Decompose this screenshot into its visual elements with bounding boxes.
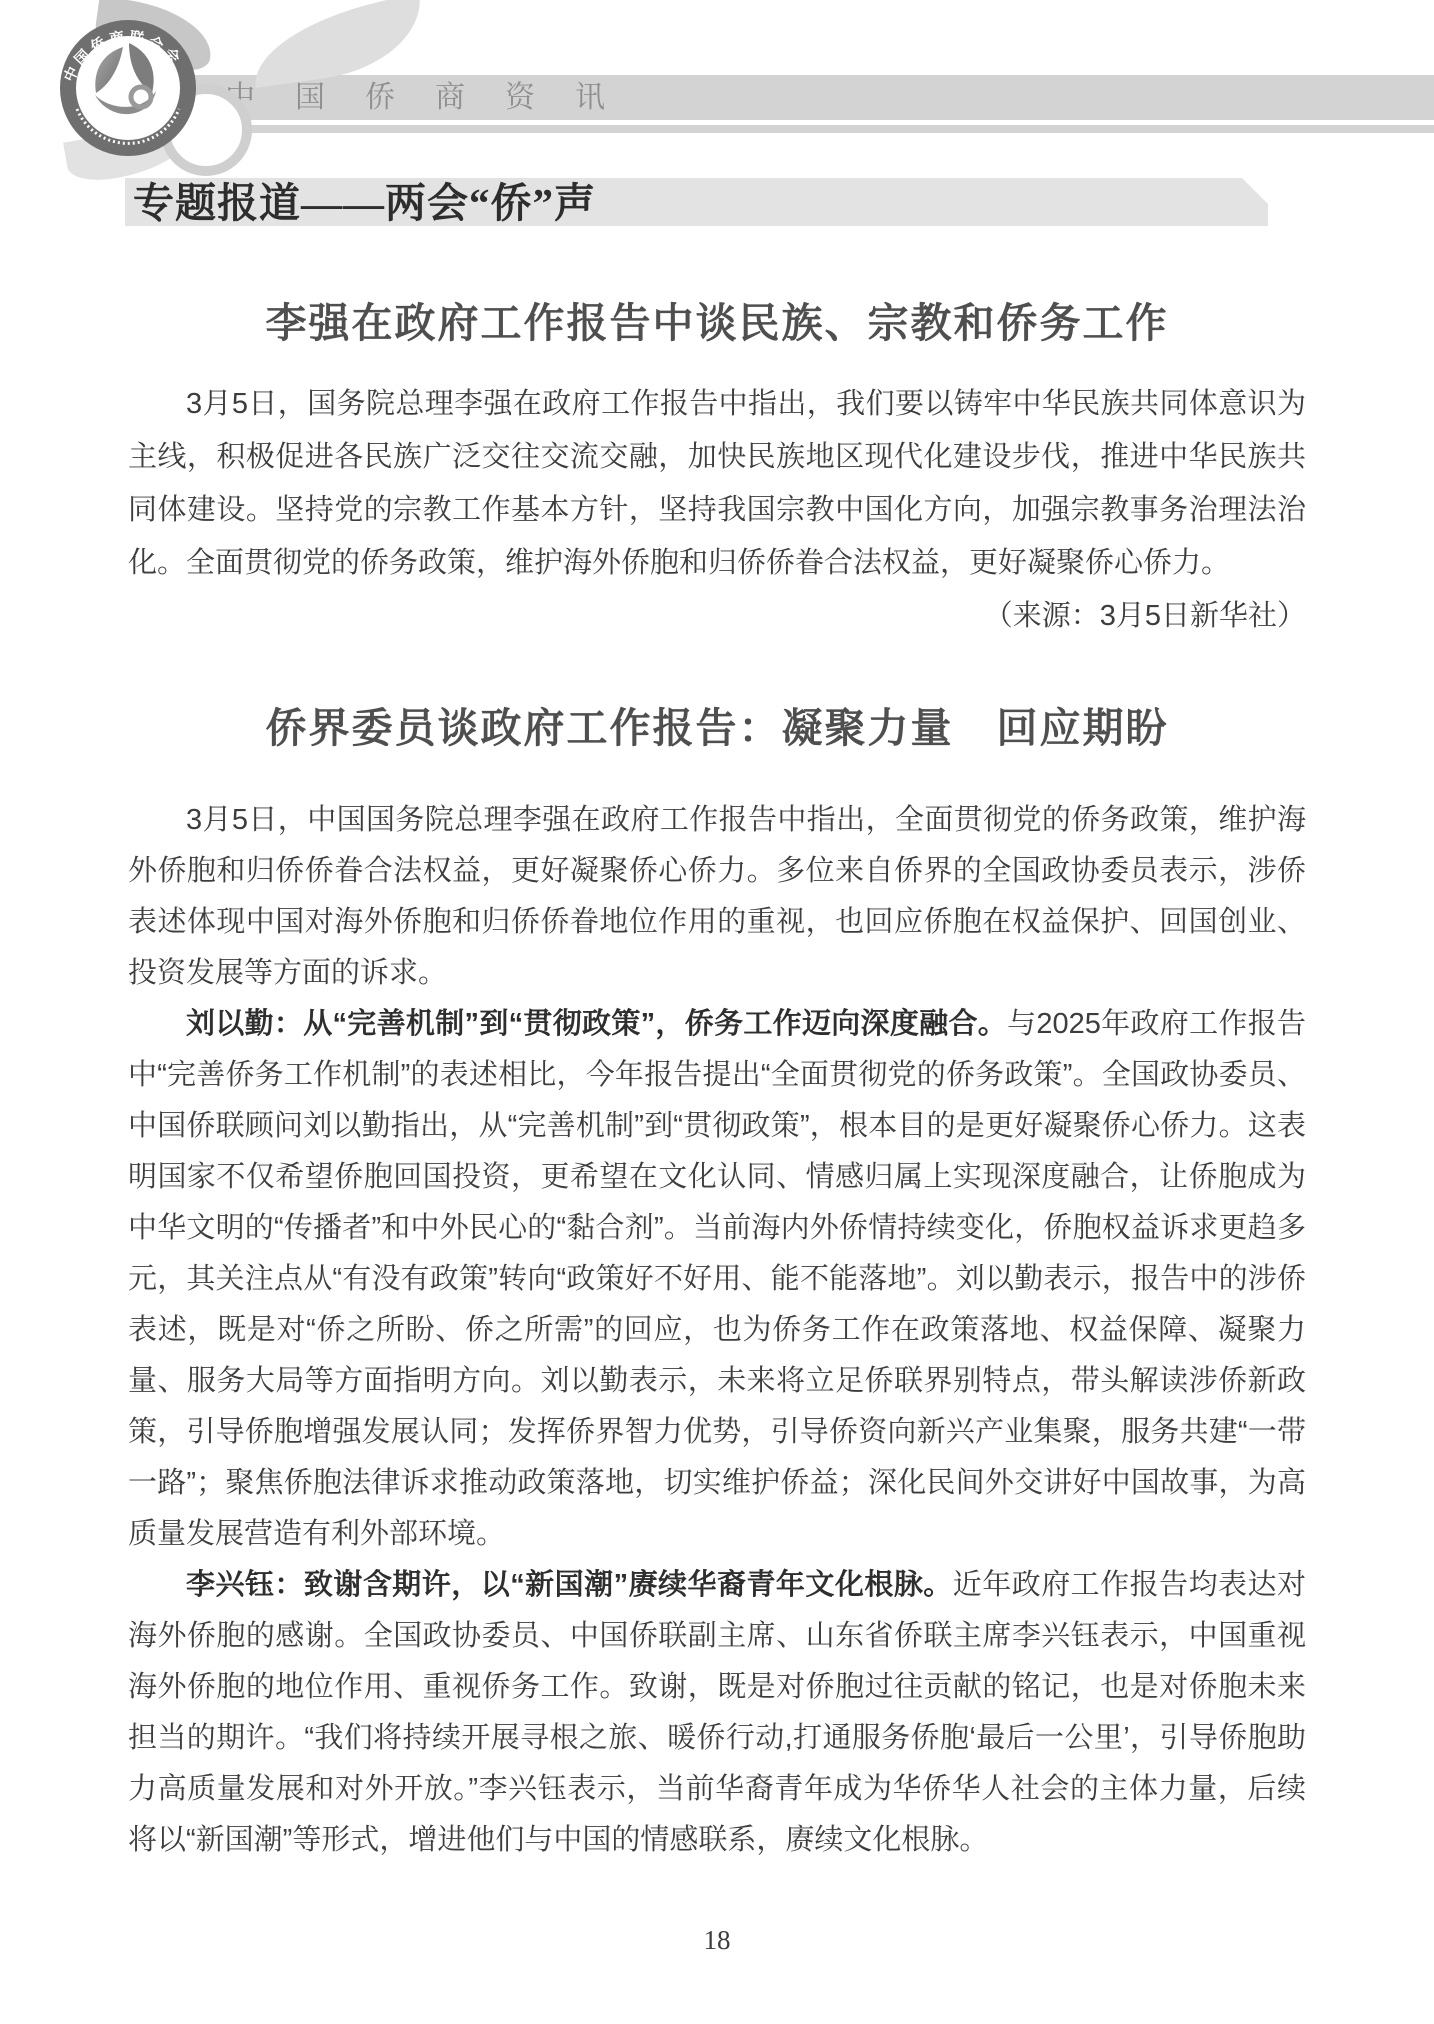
paragraph-text: 与2025年政府工作报告中“完善侨务工作机制”的表述相比，今年报告提出“全面贯彻… xyxy=(128,1008,1306,1550)
article1-paragraph: 3月5日，国务院总理李强在政府工作报告中指出，我们要以铸牢中华民族共同体意识为主… xyxy=(128,378,1306,590)
paragraph-text: 3月5日，国务院总理李强在政府工作报告中指出，我们要以铸牢中华民族共同体意识为主… xyxy=(128,388,1306,579)
paragraph-text: 近年政府工作报告均表达对海外侨胞的感谢。全国政协委员、中国侨联副主席、山东省侨联… xyxy=(128,1569,1306,1856)
source-text: （来源：3月5日新华社） xyxy=(984,600,1306,632)
article1-body: 3月5日，国务院总理李强在政府工作报告中指出，我们要以铸牢中华民族共同体意识为主… xyxy=(128,378,1306,643)
article1-source: （来源：3月5日新华社） xyxy=(128,590,1306,643)
document-page: 中国侨商资讯 中国侨商联合会 xyxy=(0,0,1434,2024)
paragraph-lead-bold: 刘以勤：从“完善机制”到“贯彻政策”，侨务工作迈向深度融合。 xyxy=(186,1008,1007,1040)
seal-icon: 中国侨商联合会 xyxy=(53,13,203,163)
paragraph-lead-bold: 李兴钰：致谢含期许，以“新国潮”赓续华裔青年文化根脉。 xyxy=(186,1569,953,1601)
article2-paragraph: 刘以勤：从“完善机制”到“贯彻政策”，侨务工作迈向深度融合。与2025年政府工作… xyxy=(128,999,1306,1560)
page-number: 18 xyxy=(0,1925,1434,1956)
article1-title: 李强在政府工作报告中谈民族、宗教和侨务工作 xyxy=(0,290,1434,349)
article2-body: 3月5日，中国国务院总理李强在政府工作报告中指出，全面贯彻党的侨务政策，维护海外… xyxy=(128,795,1306,1866)
paragraph-text: 3月5日，中国国务院总理李强在政府工作报告中指出，全面贯彻党的侨务政策，维护海外… xyxy=(128,804,1306,989)
article2-paragraph: 李兴钰：致谢含期许，以“新国潮”赓续华裔青年文化根脉。近年政府工作报告均表达对海… xyxy=(128,1560,1306,1866)
section-header-label: 专题报道——两会“侨”声 xyxy=(125,178,1268,226)
association-seal-logo: 中国侨商联合会 xyxy=(53,13,203,163)
section-header-bar: 专题报道——两会“侨”声 xyxy=(125,178,1268,226)
header-band-thin xyxy=(200,125,1434,133)
article2-paragraph: 3月5日，中国国务院总理李强在政府工作报告中指出，全面贯彻党的侨务政策，维护海外… xyxy=(128,795,1306,999)
article2-title: 侨界委员谈政府工作报告：凝聚力量 回应期盼 xyxy=(0,695,1434,754)
